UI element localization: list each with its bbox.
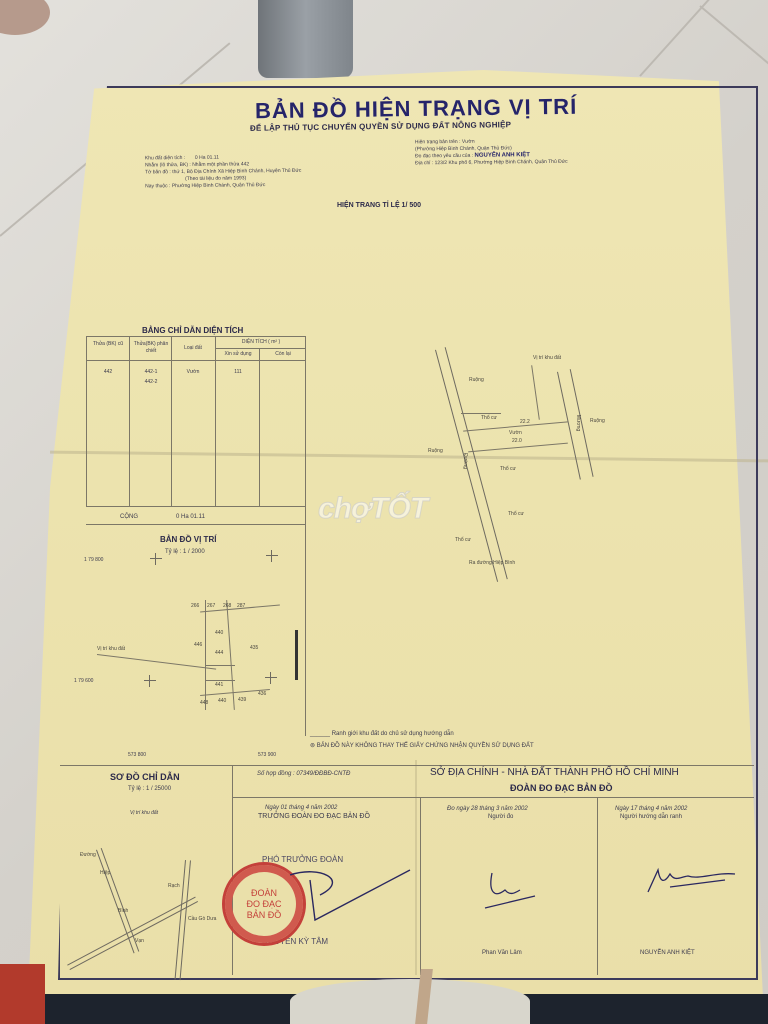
guide-location-label: Vị trí khu đất xyxy=(130,810,158,817)
signature-2 xyxy=(480,868,550,913)
parcel-number: 435 xyxy=(250,645,258,651)
coord-label: 1 79 800 xyxy=(84,557,103,564)
sign3-role: Người hướng dẫn ranh xyxy=(620,814,682,821)
guide-map-scale: Tỷ lệ : 1 / 25000 xyxy=(128,786,171,793)
cell-new-parcel: 442-2 xyxy=(131,379,171,386)
sign1-date: Ngày 01 tháng 4 năm 2002 xyxy=(265,805,337,812)
chotot-watermark: chợTỐT xyxy=(318,492,427,526)
legend-boundary: ______ Ranh giới khu đất do chủ sử dụng … xyxy=(310,731,454,738)
legend-warning: ⊚ BẢN ĐỒ NÀY KHÔNG THAY THẾ GIẤY CHỨNG N… xyxy=(310,743,534,750)
total-label: CỘNG xyxy=(120,514,138,521)
road-label: Vạn xyxy=(135,938,144,944)
parcel-number: 444 xyxy=(215,650,223,656)
foot xyxy=(258,0,353,78)
cell-area-use: 111 xyxy=(217,369,259,376)
north-arrow-icon xyxy=(295,630,298,680)
requested-by-name: NGUYỄN ANH KIỆT xyxy=(474,152,530,159)
parcel-number: 267 xyxy=(207,603,215,609)
sign2-name: Phan Văn Lâm xyxy=(482,950,522,957)
residential-label: Thổ cư xyxy=(481,415,497,421)
red-cloth xyxy=(0,964,45,1024)
grid-cross xyxy=(150,553,162,565)
area-label: Khu đất diện tích : xyxy=(145,155,185,161)
road-direction-label: Ra đường Hiệp Bình xyxy=(469,560,515,566)
sign1-role: TRƯỞNG ĐOÀN ĐO ĐẠC BẢN ĐỒ xyxy=(258,813,370,820)
area-value: 0 Ha 01.11 xyxy=(195,155,219,161)
parcel-number: 448 xyxy=(200,700,208,706)
field-label: Ruộng xyxy=(590,418,605,424)
site-location-label: Vị trí khu đất xyxy=(533,355,561,361)
location-map-scale: Tỷ lệ : 1 / 2000 xyxy=(165,549,205,556)
scale-title: HIỆN TRANG TỈ LỆ 1/ 500 xyxy=(337,202,421,209)
col-new-parcel: Thửa(BK) phân chiết xyxy=(131,341,171,355)
site-plan-map: Vị trí khu đất Ruộng Ruộng Ruộng Thổ cư … xyxy=(420,340,620,580)
col-area-remain: Còn lại xyxy=(261,351,305,358)
right-info: Hiện trạng bản trên : Vườn (Phường Hiệp … xyxy=(415,137,675,168)
parcel-number: 441 xyxy=(215,682,223,688)
guide-sketch-map: Đường Hiệp Bình Rạch Cầu Gò Dưa Vạn xyxy=(60,830,230,970)
road-label: Hiệp xyxy=(100,870,110,876)
dimension-label: 22.0 xyxy=(512,438,522,444)
legend-warning-text: BẢN ĐỒ NÀY KHÔNG THAY THẾ GIẤY CHỨNG NHẬ… xyxy=(317,743,534,749)
parcel-number: 439 xyxy=(238,697,246,703)
agency-name: SỞ ĐỊA CHÍNH - NHÀ ĐẤT THÀNH PHỐ HỒ CHÍ … xyxy=(430,767,679,778)
coord-label: 573 900 xyxy=(258,752,276,759)
residential-label: Thổ cư xyxy=(508,511,524,517)
unit-name: ĐOÀN ĐO ĐẠC BẢN ĐỒ xyxy=(510,783,613,793)
sign2-role: Người đo xyxy=(488,814,513,821)
sign2-date: Đo ngày 28 tháng 3 năm 2002 xyxy=(447,806,528,813)
parcel-number: 440 xyxy=(215,630,223,636)
grid-cross xyxy=(144,675,156,687)
bridge-label: Cầu Gò Dưa xyxy=(188,916,216,922)
document-title: BẢN ĐỒ HIỆN TRẠNG VỊ TRÍ xyxy=(255,94,578,124)
col-land-type: Loại đất xyxy=(173,345,213,352)
cell-land-type: Vườn xyxy=(173,369,213,376)
parcel-number: 440 xyxy=(218,698,226,704)
location-map-title: BẢN ĐỒ VỊ TRÍ xyxy=(160,535,216,544)
coord-label: 1 79 600 xyxy=(74,678,93,685)
canal-label: Mương xyxy=(575,415,581,431)
parcel-number: 287 xyxy=(237,603,245,609)
area-table: Thửa (BK) cũ Thửa(BK) phân chiết Loại đấ… xyxy=(86,336,306,506)
residential-label: Thổ cư xyxy=(455,537,471,543)
road-label: Đường xyxy=(80,852,96,858)
signature-3 xyxy=(640,862,750,902)
grid-cross xyxy=(266,550,278,562)
cell-old-parcel: 442 xyxy=(88,369,128,376)
road-label: Bình xyxy=(118,908,128,914)
coord-label: 573 800 xyxy=(128,752,146,759)
area-table-title: BẢNG CHỈ DẪN DIỆN TÍCH xyxy=(142,326,243,335)
guide-map-title: SƠ ĐỒ CHỈ DẪN xyxy=(110,772,180,782)
sign3-date: Ngày 17 tháng 4 năm 2002 xyxy=(615,806,687,813)
field-label: Ruộng xyxy=(428,448,443,454)
legend-boundary-text: Ranh giới khu đất do chủ sử dụng hướng d… xyxy=(332,731,454,737)
canal-label: Rạch xyxy=(168,883,180,889)
contract-number: Số hợp đồng : 07349/ĐĐBĐ-CNTĐ xyxy=(257,771,350,778)
col-area: DIỆN TÍCH ( m² ) xyxy=(217,339,305,346)
parcel-number: 268 xyxy=(223,603,231,609)
sign3-name: NGUYỄN ANH KIỆT xyxy=(640,950,695,957)
residential-label: Thổ cư xyxy=(500,466,516,472)
field-label: Ruộng xyxy=(469,377,484,383)
garden-label: Vườn xyxy=(509,430,522,436)
location-pointer-label: Vị trí khu đất xyxy=(97,646,125,652)
parcel-diagram: 266 267 268 287 446 440 444 435 441 448 … xyxy=(200,600,280,710)
plastic-bag xyxy=(290,979,530,1024)
parcel-number: 446 xyxy=(194,642,202,648)
parcel-number: 266 xyxy=(191,603,199,609)
dimension-label: 22.2 xyxy=(520,419,530,425)
left-info: Khu đất diện tích : 0 Ha 01.11 Nhằm (lô … xyxy=(145,153,415,191)
signature-1 xyxy=(280,865,420,925)
cell-new-parcel: 442-1 xyxy=(131,369,171,376)
parcel-number: 436 xyxy=(258,691,266,697)
requested-by-label: Đo đạc theo yêu cầu của : xyxy=(415,153,473,160)
total-value: 0 Ha 01.11 xyxy=(176,514,205,521)
col-area-use: Xin sử dụng xyxy=(217,351,259,358)
road-label: Đường xyxy=(462,453,468,469)
col-old-parcel: Thửa (BK) cũ xyxy=(88,341,128,348)
